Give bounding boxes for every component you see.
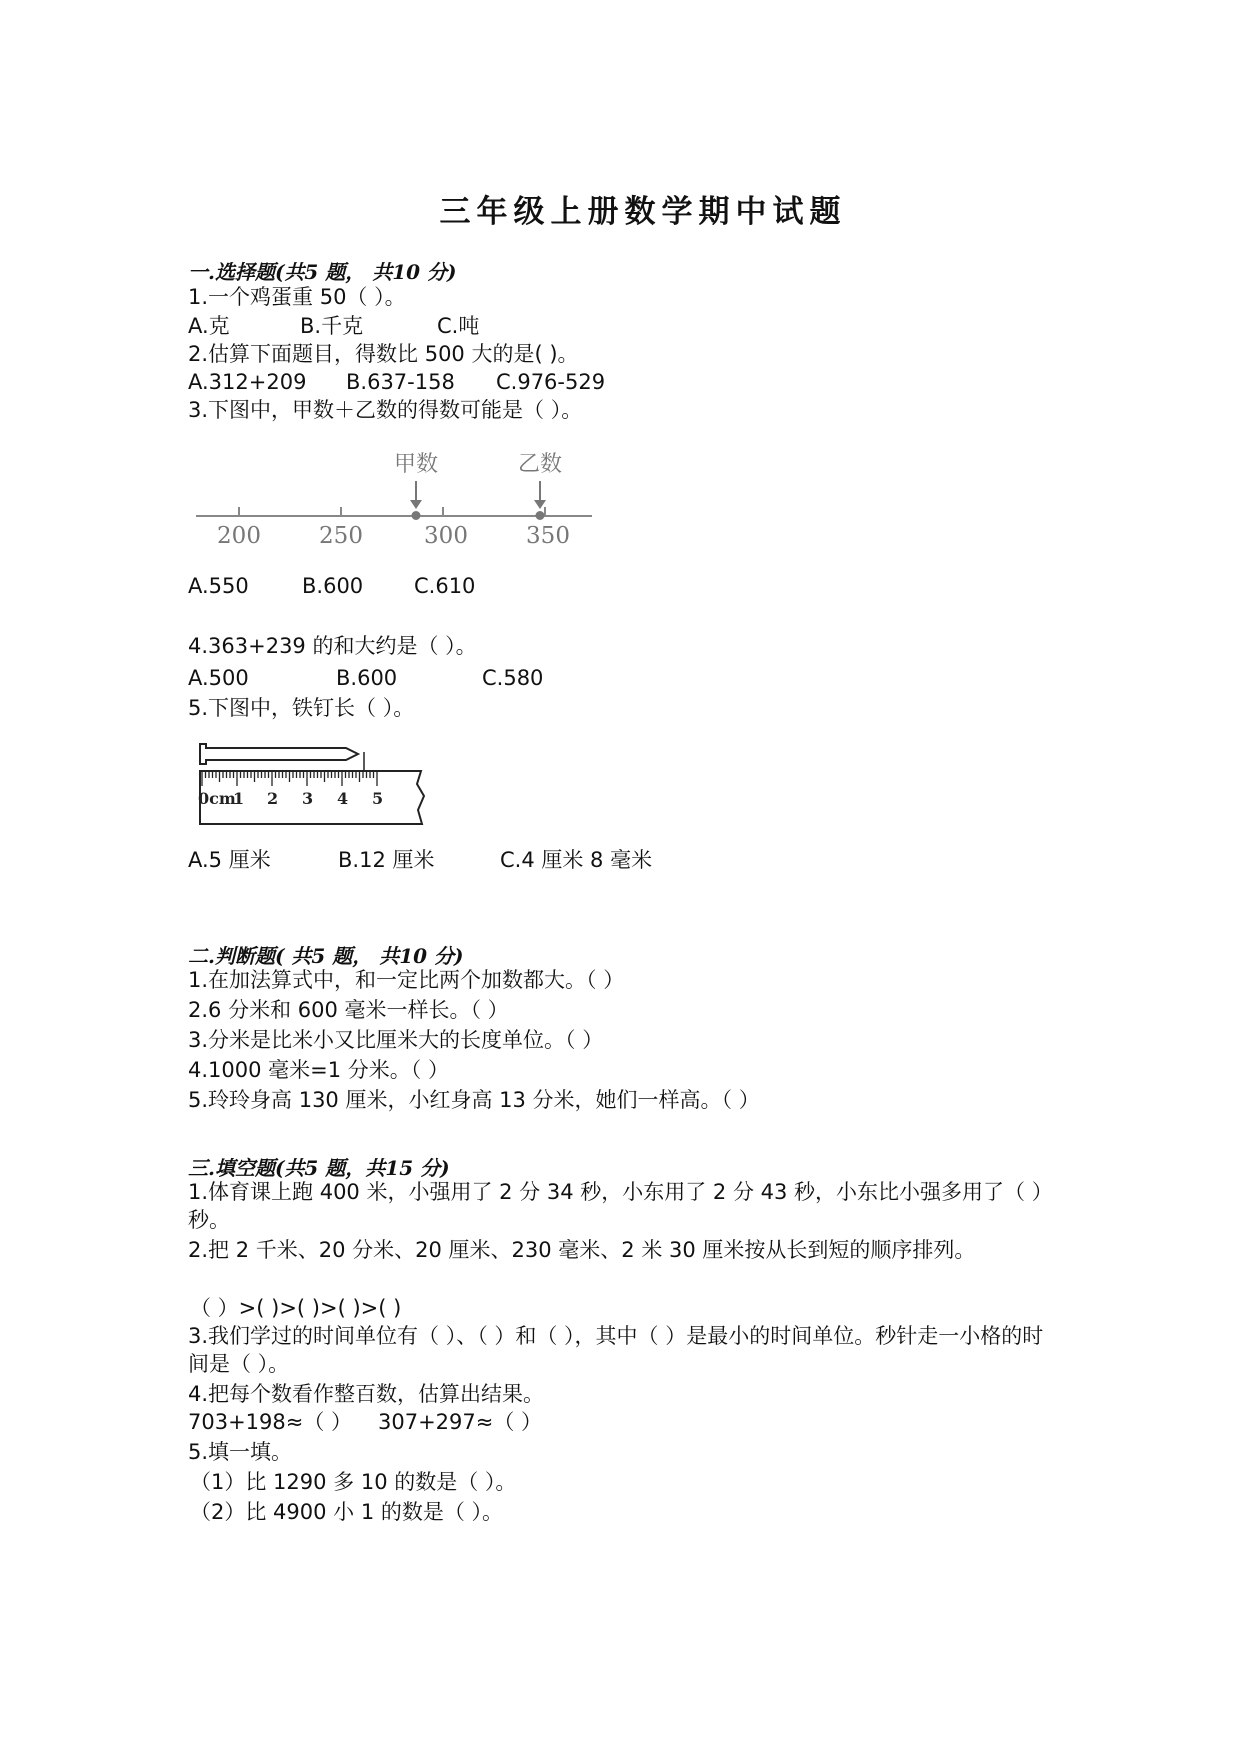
question-text: 4.把每个数看作整百数，估算出结果。: [188, 1380, 544, 1408]
question-text: 4.1000 毫米=1 分米。（ ）: [188, 1056, 449, 1084]
tick: [238, 507, 240, 516]
option-a: A.500: [188, 664, 336, 692]
option-b: B.12 厘米: [338, 846, 500, 874]
option-b: B.600: [302, 572, 414, 600]
tick: [340, 507, 342, 516]
section-heading-choice: 一.选择题(共5 题， 共10 分): [188, 256, 457, 285]
question-text: 3.我们学过的时间单位有（ ）、（ ）和（ ），其中（ ）是最小的时间单位。秒针…: [188, 1322, 1058, 1378]
question-text: 5.下图中，铁钉长（ ）。: [188, 694, 414, 722]
tick-label: 350: [526, 523, 570, 549]
option-a: A.克: [188, 312, 300, 340]
tick-label: 250: [319, 523, 363, 549]
svg-text:1: 1: [233, 789, 244, 808]
option-b: B.千克: [300, 312, 437, 340]
option-a: A.312+209: [188, 368, 346, 396]
point-dot: [412, 511, 421, 520]
question-text: 2.把 2 千米、20 分米、20 厘米、230 毫米、2 米 30 厘米按从长…: [188, 1236, 1058, 1264]
question-text: 5.填一填。: [188, 1438, 292, 1466]
svg-text:4: 4: [337, 789, 348, 808]
tick: [442, 507, 444, 516]
question-text: 5.玲玲身高 130 厘米，小红身高 13 分米，她们一样高。（ ）: [188, 1086, 760, 1114]
question-text: 2.6 分米和 600 毫米一样长。（ ）: [188, 996, 509, 1024]
estimate-a: 703+198≈（ ）: [188, 1408, 378, 1436]
question-text: 3.分米是比米小又比厘米大的长度单位。（ ）: [188, 1026, 603, 1054]
marker-label-yi: 乙数: [518, 447, 562, 478]
options-row: A.500B.600C.580: [188, 664, 543, 692]
question-text: 4.363+239 的和大约是（ ）。: [188, 632, 477, 660]
number-line-axis: [196, 515, 592, 517]
svg-text:2: 2: [267, 789, 278, 808]
estimate-b: 307+297≈（ ）: [378, 1408, 542, 1436]
svg-text:5: 5: [372, 789, 383, 808]
ruler-nail-icon: 0cm 1 2 3 4 5: [196, 740, 428, 830]
tick-label: 200: [217, 523, 261, 549]
arrow-down-icon: [539, 481, 541, 505]
options-row: A.550B.600C.610: [188, 572, 475, 600]
sub-question: （2）比 4900 小 1 的数是（ ）。: [190, 1498, 503, 1526]
svg-text:0cm: 0cm: [198, 789, 236, 808]
question-text: 1.一个鸡蛋重 50（ ）。: [188, 283, 406, 311]
section-heading-judgement: 二.判断题( 共5 题， 共10 分): [188, 940, 464, 969]
question-text: 3.下图中，甲数＋乙数的得数可能是（ ）。: [188, 396, 582, 424]
option-c: C.吨: [437, 312, 479, 340]
marker-label-jia: 甲数: [394, 447, 438, 478]
section-heading-fill-blank: 三.填空题(共5 题，共15 分): [188, 1152, 450, 1181]
page-title: 三年级上册数学期中试题: [188, 186, 1058, 231]
option-c: C.580: [482, 664, 543, 692]
question-text: 1.体育课上跑 400 米，小强用了 2 分 34 秒，小东用了 2 分 43 …: [188, 1178, 1058, 1234]
option-a: A.550: [188, 572, 302, 600]
option-a: A.5 厘米: [188, 846, 338, 874]
question-text: 1.在加法算式中，和一定比两个加数都大。（ ）: [188, 966, 624, 994]
svg-text:3: 3: [302, 789, 313, 808]
question-text: 2.估算下面题目，得数比 500 大的是( )。: [188, 340, 579, 368]
option-c: C.4 厘米 8 毫米: [500, 846, 652, 874]
options-row: A.克B.千克C.吨: [188, 312, 479, 340]
sub-question: （1）比 1290 多 10 的数是（ ）。: [190, 1468, 516, 1496]
option-c: C.976-529: [496, 368, 605, 396]
number-line-figure: 200 250 300 350 甲数 乙数: [196, 445, 596, 550]
options-row: A.5 厘米B.12 厘米C.4 厘米 8 毫米: [188, 846, 652, 874]
option-c: C.610: [414, 572, 475, 600]
options-row: A.312+209B.637-158C.976-529: [188, 368, 605, 396]
option-b: B.637-158: [346, 368, 496, 396]
estimate-row: 703+198≈（ ）307+297≈（ ）: [188, 1408, 542, 1436]
tick-label: 300: [424, 523, 468, 549]
option-b: B.600: [336, 664, 482, 692]
arrow-down-icon: [415, 481, 417, 505]
point-dot: [536, 511, 545, 520]
ruler-nail-figure: 0cm 1 2 3 4 5: [196, 740, 428, 830]
answer-blanks: （ ）>( )>( )>( )>( ): [190, 1294, 401, 1322]
